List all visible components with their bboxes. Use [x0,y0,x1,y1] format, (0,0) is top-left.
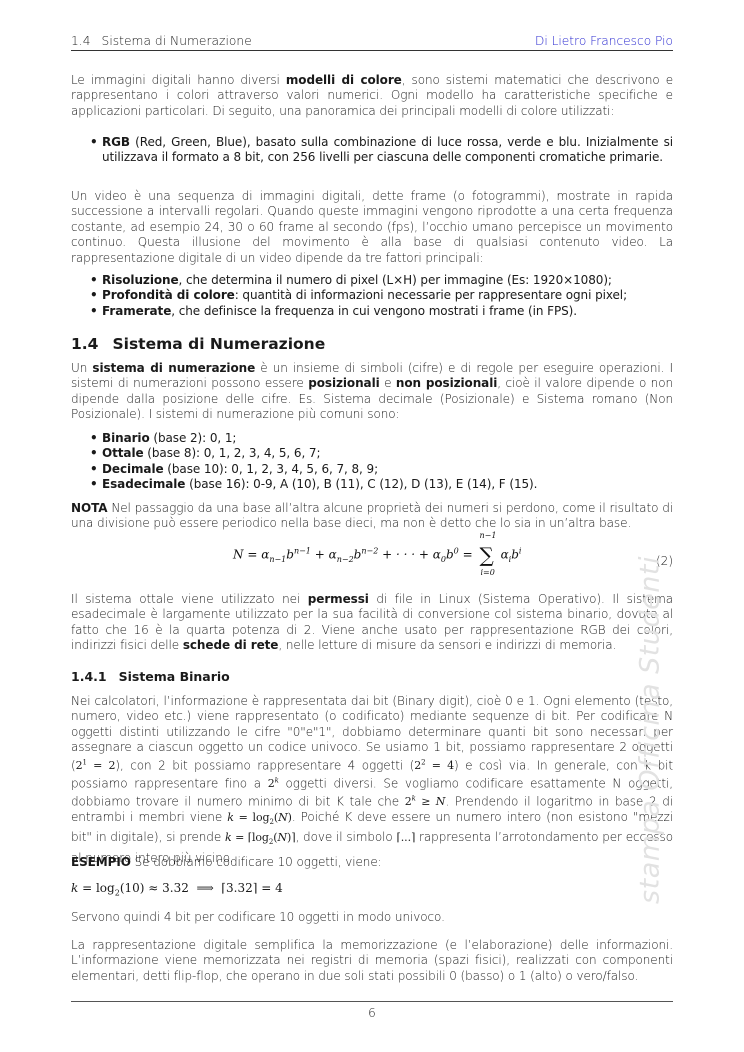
bold-term: RGB [102,135,130,149]
subsection-heading: 1.4.1Sistema Binario [71,669,230,684]
example-equation: k = log2(10) ≈ 3.32 ⟹ ⌈3.32⌉ = 4 [71,881,283,897]
header-author-link[interactable]: Di Lietro Francesco Pio [535,34,673,48]
text: ), con 2 bit possiamo rappresentare 4 og… [115,758,414,772]
esempio-label: ESEMPIO [71,855,131,869]
text: Il sistema ottale viene utilizzato nei [71,592,308,606]
list-item: Framerate, che definisce la frequenza in… [71,304,673,319]
bold-term: permessi [308,592,369,606]
nota-paragraph: NOTA Nel passaggio da una base all’altra… [71,501,673,532]
math-inline: ⌈...⌉ [397,831,416,844]
text: (base 8): 0, 1, 2, 3, 4, 5, 6, 7; [144,446,321,460]
bold-term: schede di rete [183,638,279,652]
video-paragraph: Un video è una sequenza di immagini digi… [71,189,673,266]
list-item: Esadecimale (base 16): 0-9, A (10), B (1… [71,477,673,492]
text: Se dobbiamo codificare 10 oggetti, viene… [131,855,382,869]
bold-term: Ottale [102,446,144,460]
text: , che determina il numero di pixel (L×H)… [179,273,612,287]
subsection-number: 1.4.1 [71,669,107,684]
math-inline: k = log2(N) [227,811,292,824]
text: , dove il simbolo [295,830,396,844]
header-section: 1.4Sistema di Numerazione [71,34,252,48]
list-item: Risoluzione, che determina il numero di … [71,273,673,288]
math-inline: 2k ≥ N [405,795,446,808]
color-models-list: RGB (Red, Green, Blue), basato sulla com… [71,135,673,166]
text: (base 2): 0, 1; [150,431,237,445]
nota-label: NOTA [71,501,107,515]
text: (Red, Green, Blue), basato sulla combina… [102,135,673,164]
text: , che definisce la frequenza in cui veng… [171,304,577,318]
bold-term: Profondità di colore [102,288,235,302]
text: (base 10): 0, 1, 2, 3, 4, 5, 6, 7, 8, 9; [164,462,379,476]
binary-paragraph: Nei calcolatori, l’informazione è rappre… [71,694,673,866]
subsection-title: Sistema Binario [119,669,230,684]
math-inline: 2k [268,777,279,790]
text: , nelle letture di misure da sensori e i… [278,638,616,652]
text: (base 16): 0-9, A (10), B (11), C (12), … [185,477,537,491]
bold-term: Risoluzione [102,273,179,287]
bold-term: Framerate [102,304,171,318]
summation-icon: ∑n−1i=0 [479,543,493,567]
math-inline: 22 = 4 [414,759,454,772]
esempio-paragraph: ESEMPIO Se dobbiamo codificare 10 oggett… [71,855,673,870]
bold-term: non posizionali [396,376,497,390]
text: Un [71,361,92,375]
bold-term: Binario [102,431,150,445]
text: : quantità di informazioni necessarie pe… [235,288,627,302]
list-item: Ottale (base 8): 0, 1, 2, 3, 4, 5, 6, 7; [71,446,673,461]
header-section-title: Sistema di Numerazione [102,34,252,48]
section-title: Sistema di Numerazione [112,335,325,353]
positional-equation: N = αn−1bn−1 + αn−2bn−2 + · · · + α0b0 =… [233,543,521,567]
header-section-number: 1.4 [71,34,91,48]
list-item: Decimale (base 10): 0, 1, 2, 3, 4, 5, 6,… [71,462,673,477]
list-item: Profondità di colore: quantità di inform… [71,288,673,303]
page-number: 6 [0,1006,744,1020]
servono-paragraph: Servono quindi 4 bit per codificare 10 o… [71,910,673,925]
section-number: 1.4 [71,335,98,353]
list-item: RGB (Red, Green, Blue), basato sulla com… [71,135,673,166]
text: e [380,376,396,390]
equation-number: (2) [656,554,673,568]
bold-term: sistema di numerazione [92,361,255,375]
section-intro-paragraph: Un sistema di numerazione è un insieme d… [71,361,673,423]
numeral-systems-list: Binario (base 2): 0, 1; Ottale (base 8):… [71,431,673,493]
final-paragraph: La rappresentazione digitale semplifica … [71,938,673,984]
bold-term: Decimale [102,462,164,476]
octal-hex-paragraph: Il sistema ottale viene utilizzato nei p… [71,592,673,654]
section-heading: 1.4Sistema di Numerazione [71,335,325,353]
text: Le immagini digitali hanno diversi [71,73,286,87]
math-inline: 21 = 2 [76,759,116,772]
intro-paragraph: Le immagini digitali hanno diversi model… [71,73,673,119]
bold-term: Esadecimale [102,477,185,491]
bold-term: posizionali [308,376,379,390]
footer-divider [71,1001,673,1002]
video-factors-list: Risoluzione, che determina il numero di … [71,273,673,319]
list-item: Binario (base 2): 0, 1; [71,431,673,446]
text: Nel passaggio da una base all’altra alcu… [71,501,673,530]
bold-term: modelli di colore [286,73,402,87]
math-inline: k = ⌈log2(N)⌉ [225,831,296,844]
running-header: 1.4Sistema di Numerazione Di Lietro Fran… [71,33,673,51]
